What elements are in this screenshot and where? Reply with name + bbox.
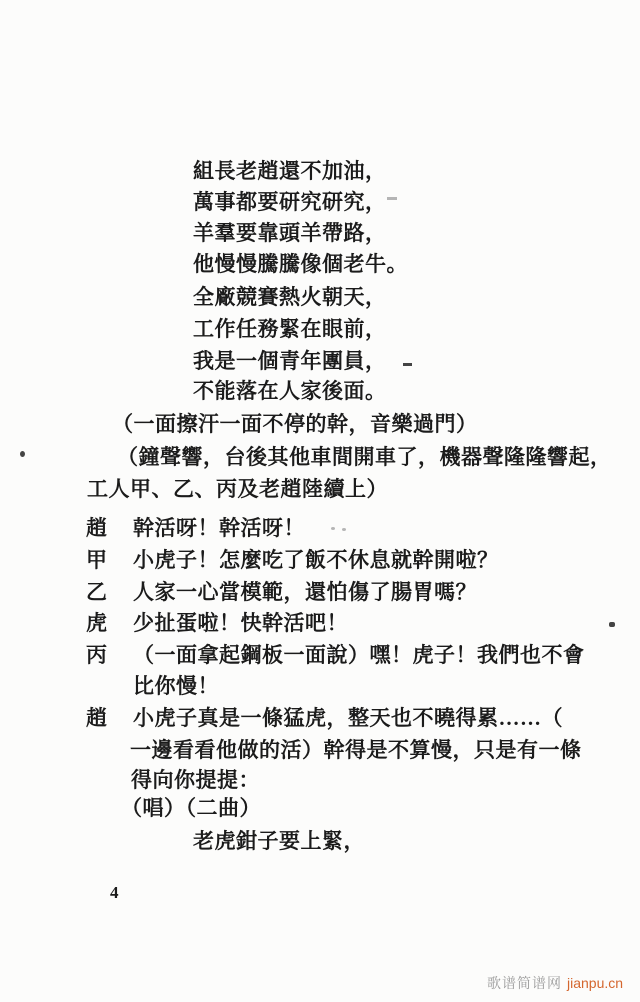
watermark-site-name: 歌谱简谱网 — [487, 973, 562, 993]
dialogue-line: 少扯蛋啦！快幹活吧！ — [133, 612, 348, 634]
speaker-label: 趙 — [86, 707, 108, 729]
stage-direction: （鐘聲響，台後其他車間開車了，機器聲隆隆響起， — [117, 446, 612, 468]
dialogue-line: 一邊看看他做的活）幹得是不算慢，只是有一條 — [130, 739, 582, 761]
verse-line: 工作任務緊在眼前， — [193, 318, 387, 340]
verse-line: 我是一個青年團員， — [193, 350, 387, 372]
dialogue-line: 小虎子！怎麼吃了飯不休息就幹開啦？ — [133, 549, 499, 571]
watermark: 歌谱简谱网 jianpu.cn — [487, 973, 623, 993]
dialogue-line: （一面拿起鋼板一面說）嘿！虎子！我們也不會 — [133, 644, 585, 666]
song-cue: （唱）（二曲） — [121, 797, 261, 819]
scan-speck — [331, 527, 335, 530]
scan-speck — [342, 528, 346, 531]
song-line: 老虎鉗子要上緊， — [193, 830, 365, 852]
dialogue-line: 幹活呀！幹活呀！ — [133, 517, 305, 539]
page-number: 4 — [110, 883, 119, 903]
stage-direction: （一面擦汗一面不停的幹，音樂過門） — [112, 413, 478, 435]
verse-line: 組長老趙還不加油， — [193, 160, 387, 182]
verse-line: 萬事都要研究研究， — [193, 191, 387, 213]
verse-line: 不能落在人家後面。 — [193, 380, 387, 402]
verse-line: 羊羣要靠頭羊帶路， — [193, 222, 387, 244]
speaker-label: 甲 — [86, 549, 108, 571]
scan-speck — [609, 622, 615, 627]
speaker-label: 丙 — [86, 644, 108, 666]
verse-line: 全廠競賽熱火朝天， — [193, 286, 387, 308]
watermark-site-url: jianpu.cn — [567, 975, 623, 991]
verse-line: 他慢慢騰騰像個老牛。 — [193, 253, 408, 275]
dialogue-line: 比你慢！ — [133, 675, 219, 697]
speaker-label: 乙 — [86, 581, 108, 603]
scan-speck — [387, 197, 397, 200]
dialogue-line: 人家一心當模範，還怕傷了腸胃嗎？ — [133, 581, 477, 603]
scan-speck — [20, 451, 25, 457]
speaker-label: 趙 — [86, 517, 108, 539]
dialogue-line: 得向你提提： — [131, 769, 260, 791]
scanned-script-page: 組長老趙還不加油， 萬事都要研究研究， 羊羣要靠頭羊帶路， 他慢慢騰騰像個老牛。… — [0, 0, 640, 1002]
scan-speck — [403, 363, 412, 366]
stage-direction: 工人甲、乙、丙及老趙陸續上） — [87, 478, 388, 500]
dialogue-line: 小虎子真是一條猛虎，整天也不曉得累……（ — [133, 707, 563, 729]
speaker-label: 虎 — [86, 612, 108, 634]
